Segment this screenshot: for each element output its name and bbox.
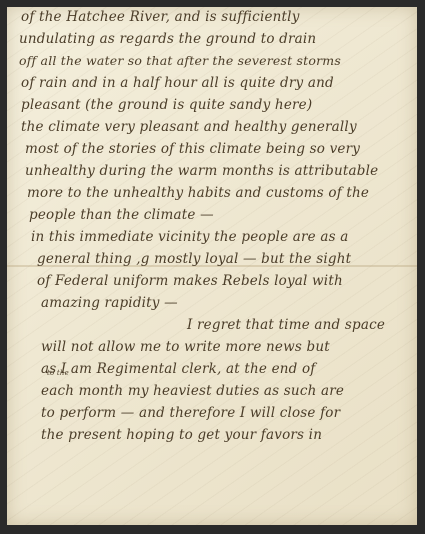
body-line: undulating as regards the ground to drai…: [19, 31, 316, 47]
letter-page: of the Hatchee River, and is sufficientl…: [7, 7, 417, 525]
body-line: will not allow me to write more news but: [41, 339, 330, 355]
body-line: each month my heaviest duties as such ar…: [41, 383, 344, 399]
body-line: pleasant (the ground is quite sandy here…: [21, 97, 312, 113]
body-line: the present hoping to get your favors in: [41, 427, 322, 443]
body-line: as I am Regimental clerk, at the end of: [41, 361, 316, 377]
body-line: off all the water so that after the seve…: [19, 53, 341, 68]
body-line: people than the climate —: [29, 207, 214, 223]
body-line: of the Hatchee River, and is sufficientl…: [21, 9, 300, 25]
body-line: of rain and in a half hour all is quite …: [21, 75, 334, 91]
body-line: to perform — and therefore I will close …: [41, 405, 340, 421]
body-line: of Federal uniform makes Rebels loyal wi…: [37, 273, 343, 289]
body-line: most of the stories of this climate bein…: [25, 141, 360, 157]
body-line: general thing ,g mostly loyal — but the …: [37, 251, 351, 267]
body-line: the climate very pleasant and healthy ge…: [21, 119, 357, 135]
body-line: more to the unhealthy habits and customs…: [27, 185, 369, 201]
body-line: amazing rapidity —: [41, 295, 178, 311]
body-line: I regret that time and space: [187, 317, 385, 333]
body-line: unhealthy during the warm months is attr…: [25, 163, 378, 179]
body-line: in this immediate vicinity the people ar…: [31, 229, 348, 245]
